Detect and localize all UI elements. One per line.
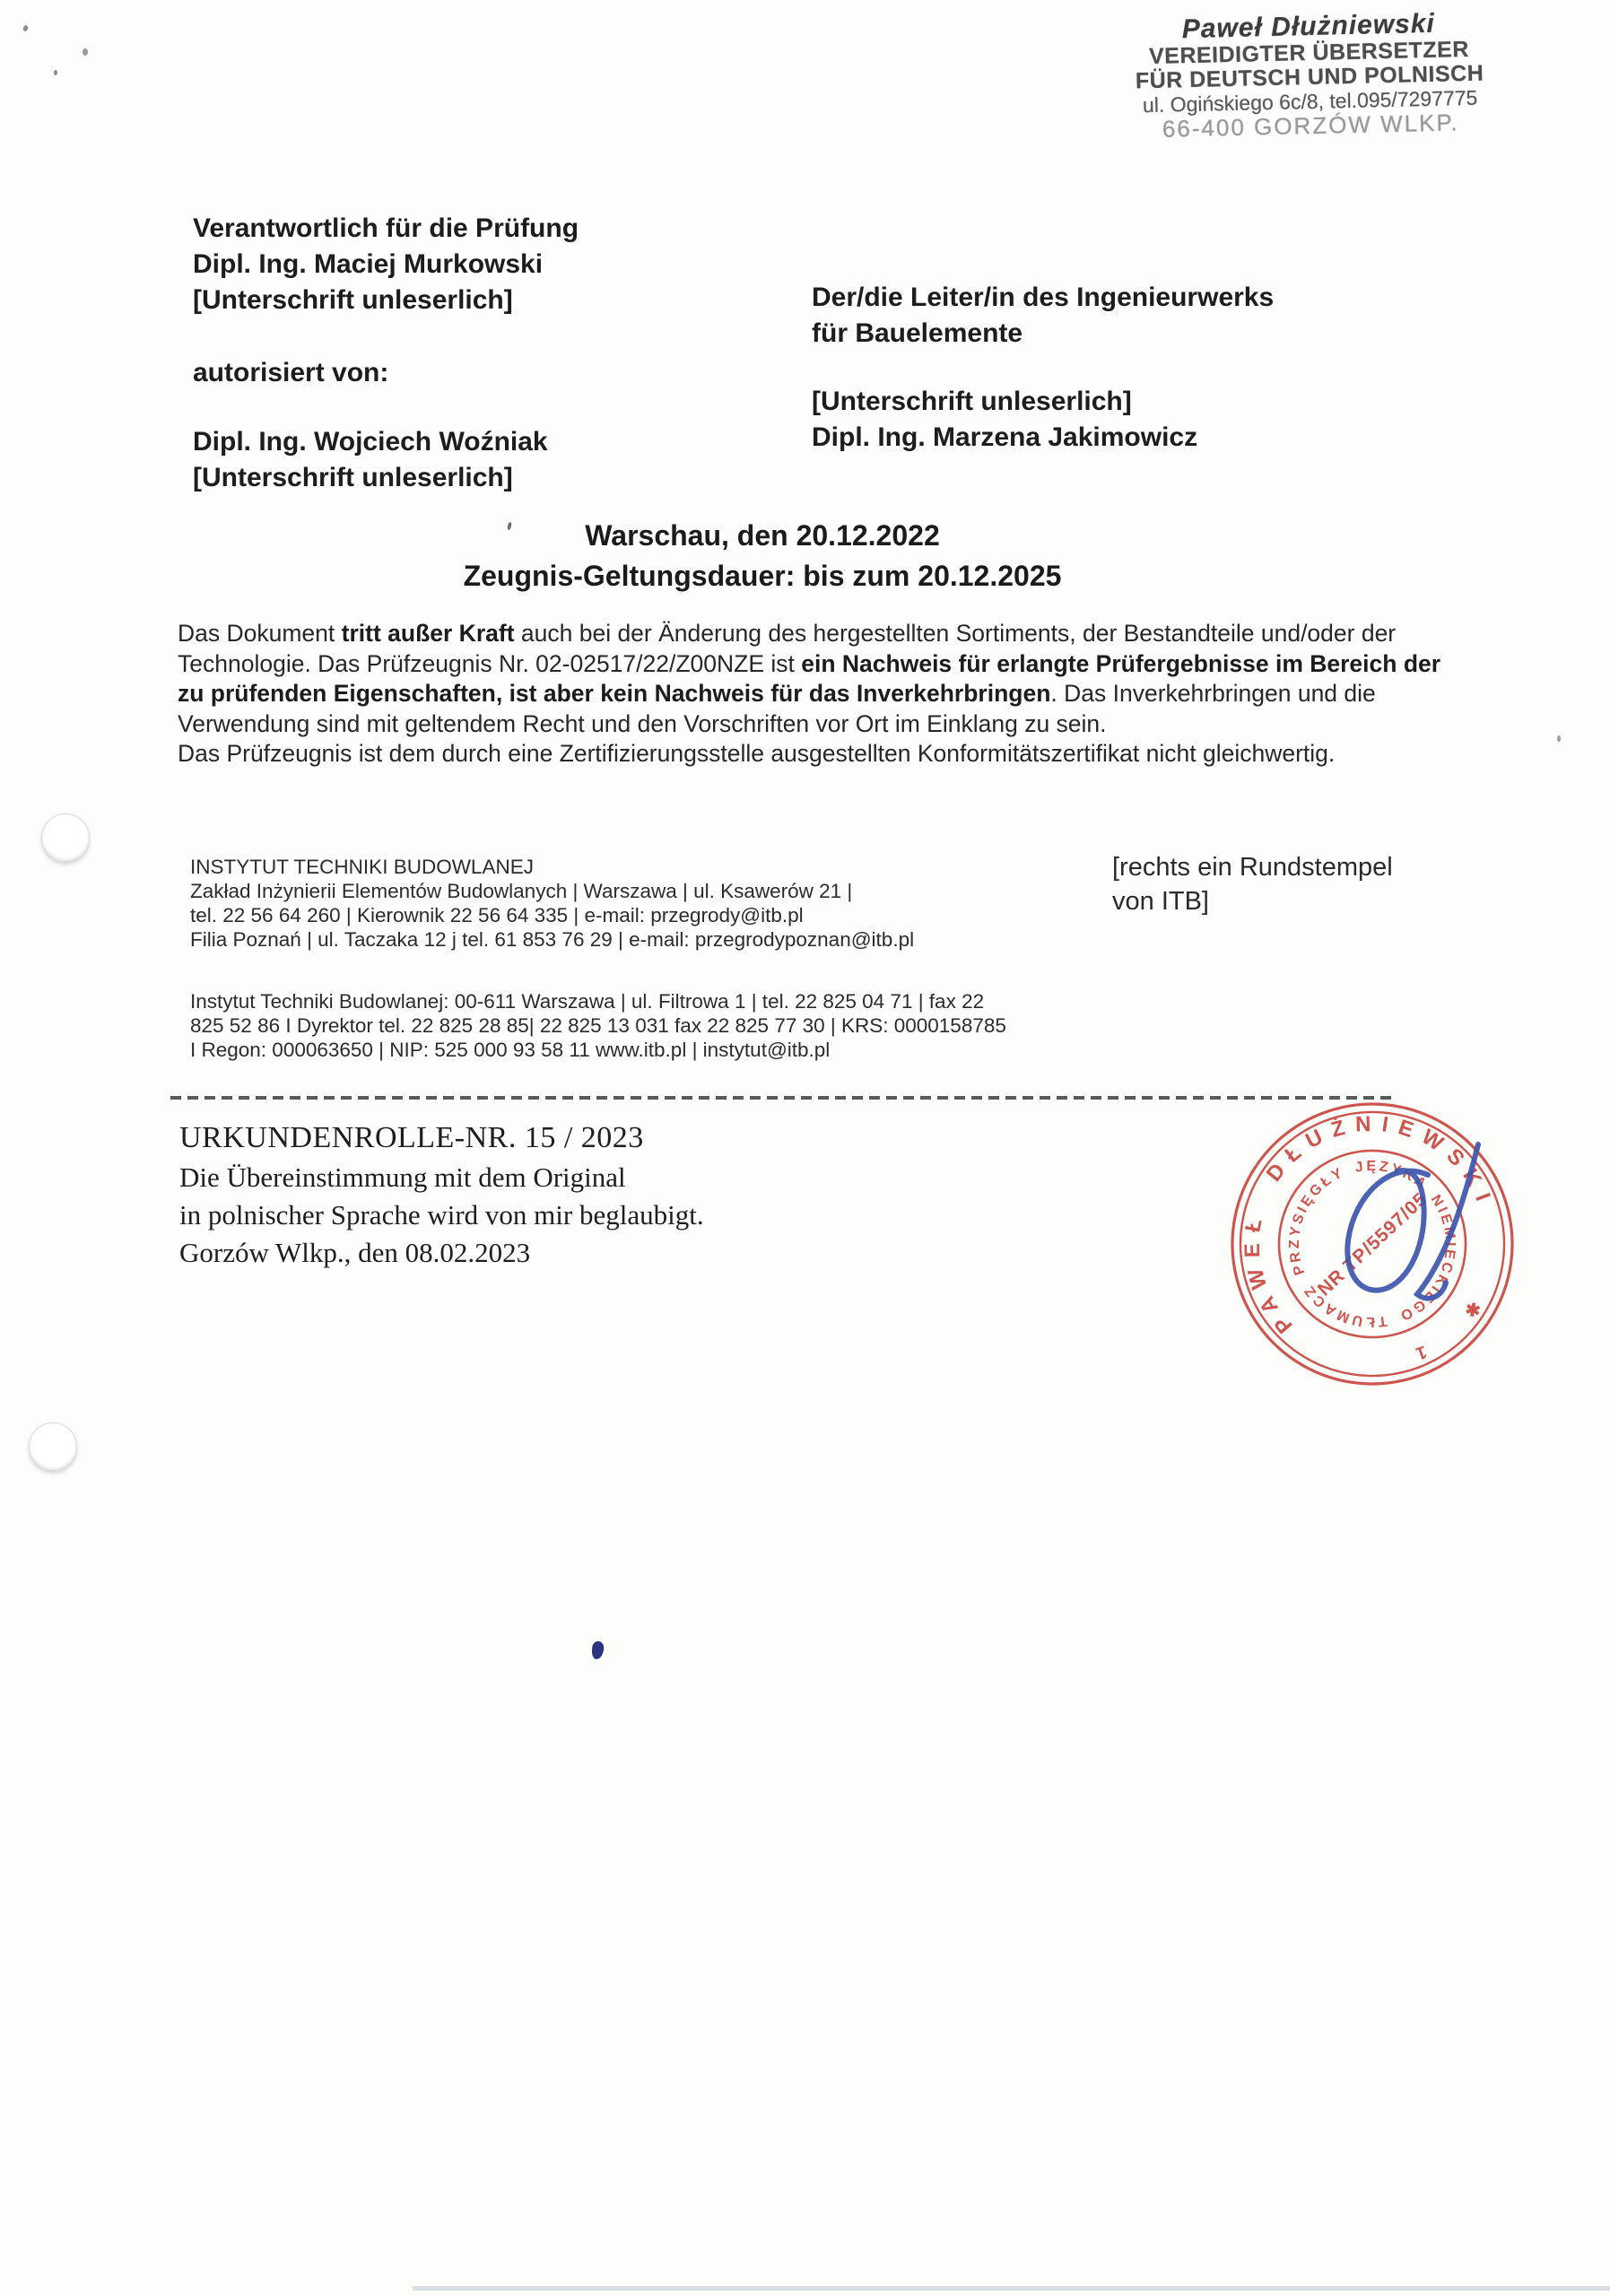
- responsible-examiner-block: Verantwortlich für die Prüfung Dipl. Ing…: [193, 211, 579, 318]
- responsible-label: Verantwortlich für die Prüfung: [193, 211, 579, 247]
- itb-hq-phones: 825 52 86 I Dyrektor tel. 22 825 28 85| …: [190, 1013, 1006, 1038]
- punch-hole-top: [41, 813, 90, 862]
- scan-speck: [1557, 735, 1561, 742]
- itb-institute-name: INSTYTUT TECHNIKI BUDOWLANEJ: [190, 855, 914, 879]
- authorised-by-label: autorisiert von:: [193, 355, 388, 391]
- head-name: Dipl. Ing. Marzena Jakimowicz: [812, 420, 1197, 456]
- certification-line1: Die Übereinstimmung mit dem Original: [179, 1159, 704, 1196]
- certification-line2: in polnischer Sprache wird von mir begla…: [179, 1196, 704, 1234]
- scan-edge-line: [413, 2286, 1610, 2291]
- issue-place-date: Warschau, den 20.12.2022: [161, 516, 1363, 556]
- engineering-head-block: Der/die Leiter/in des Ingenieurwerks für…: [812, 280, 1274, 352]
- rundstempel-note-line2: von ITB]: [1112, 884, 1393, 918]
- paragraph-bold: tritt außer Kraft: [342, 620, 515, 647]
- itb-hq-registry: I Regon: 000063650 | NIP: 525 000 93 58 …: [190, 1038, 1006, 1062]
- itb-department-block: INSTYTUT TECHNIKI BUDOWLANEJ Zakład Inży…: [190, 855, 914, 952]
- scan-speck: [83, 48, 88, 56]
- itb-hq-address: Instytut Techniki Budowlanej: 00-611 War…: [190, 989, 1006, 1013]
- certification-place-date: Gorzów Wlkp., den 08.02.2023: [179, 1234, 704, 1272]
- rundstempel-note-line1: [rechts ein Rundstempel: [1112, 850, 1393, 884]
- stamp-license-number: NR TP/5597/05: [1314, 1188, 1432, 1300]
- authoriser-block: Dipl. Ing. Wojciech Woźniak [Unterschrif…: [193, 424, 548, 496]
- signature-note: [Unterschrift unleserlich]: [193, 283, 579, 318]
- itb-branch-contact: Filia Poznań | ul. Taczaka 12 j tel. 61 …: [190, 927, 914, 952]
- rundstempel-note: [rechts ein Rundstempel von ITB]: [1112, 850, 1393, 918]
- itb-headquarters-block: Instytut Techniki Budowlanej: 00-611 War…: [190, 989, 1006, 1062]
- ink-blot: [591, 1640, 605, 1659]
- head-title-line1: Der/die Leiter/in des Ingenieurwerks: [812, 280, 1274, 316]
- authoriser-name: Dipl. Ing. Wojciech Woźniak: [193, 424, 548, 460]
- examiner-name: Dipl. Ing. Maciej Murkowski: [193, 247, 579, 283]
- legal-paragraph: Das Dokument tritt außer Kraft auch bei …: [178, 619, 1462, 770]
- punch-hole-bottom: [29, 1422, 77, 1471]
- itb-department-contact: tel. 22 56 64 260 | Kierownik 22 56 64 3…: [190, 903, 914, 927]
- paragraph-text: Das Dokument: [178, 620, 342, 647]
- date-validity-block: Warschau, den 20.12.2022 Zeugnis-Geltung…: [161, 516, 1363, 596]
- translator-address-stamp: Paweł Dłużniewski VEREIDIGTER ÜBERSETZER…: [1092, 8, 1526, 143]
- paragraph-closing-sentence: Das Prüfzeugnis ist dem durch eine Zerti…: [178, 739, 1462, 770]
- head-title-line2: für Bauelemente: [812, 316, 1274, 352]
- deed-roll-number: URKUNDENROLLE-NR. 15 / 2023: [179, 1118, 704, 1159]
- signature-note: [Unterschrift unleserlich]: [812, 384, 1197, 420]
- scan-speck: [54, 70, 57, 75]
- certification-block: URKUNDENROLLE-NR. 15 / 2023 Die Übereins…: [179, 1118, 704, 1272]
- scan-speck: [22, 24, 29, 31]
- signature-note: [Unterschrift unleserlich]: [193, 460, 548, 496]
- certificate-validity: Zeugnis-Geltungsdauer: bis zum 20.12.202…: [161, 556, 1363, 596]
- head-signature-block: [Unterschrift unleserlich] Dipl. Ing. Ma…: [812, 384, 1197, 456]
- itb-department-address: Zakład Inżynierii Elementów Budowlanych …: [190, 879, 914, 903]
- translator-round-stamp: PAWEŁ DŁUŻNIEWSKI ✱ 1 ✱ TŁUMACZ PRZYSIĘG…: [1193, 1058, 1570, 1435]
